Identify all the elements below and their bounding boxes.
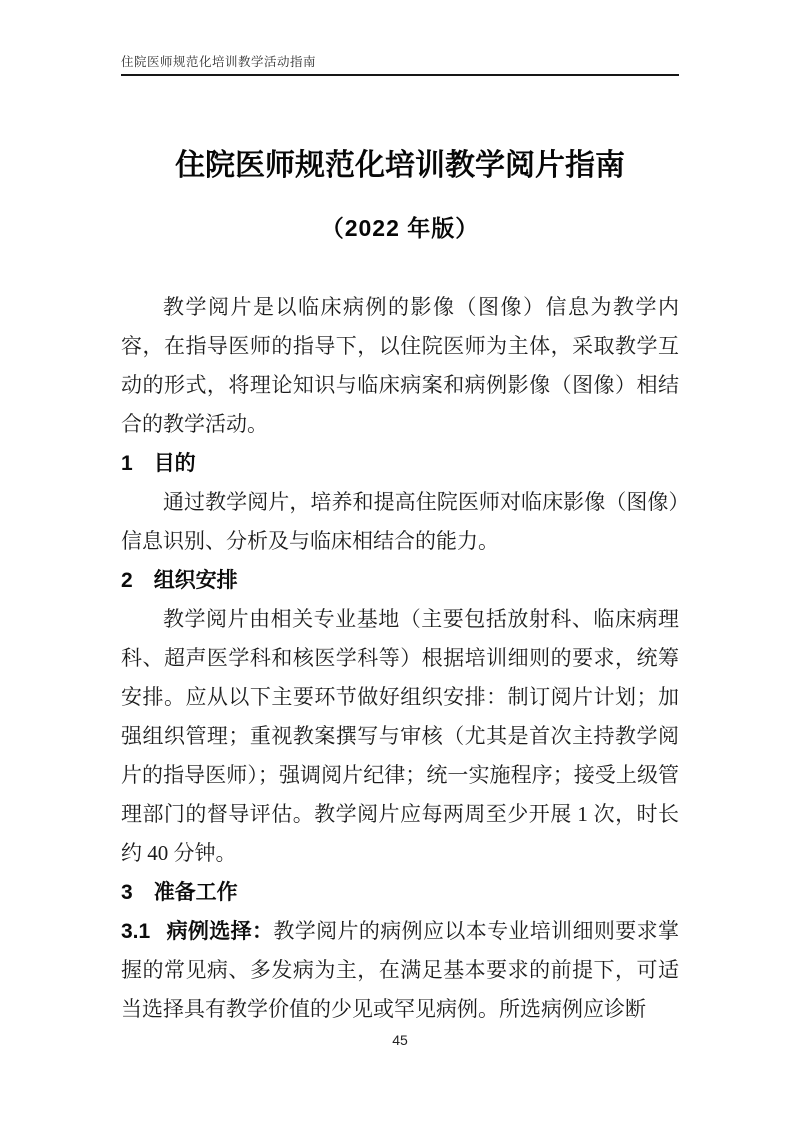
subsection-number: 3.1: [121, 912, 150, 951]
section-number: 2: [121, 561, 133, 600]
section-number: 1: [121, 444, 133, 483]
body-text: 教学阅片是以临床病例的影像（图像）信息为教学内容，在指导医师的指导下，以住院医师…: [121, 288, 679, 1029]
intro-paragraph: 教学阅片是以临床病例的影像（图像）信息为教学内容，在指导医师的指导下，以住院医师…: [121, 288, 679, 444]
section-heading-1: 1目的: [121, 444, 679, 483]
section-number: 3: [121, 873, 133, 912]
section-title: 准备工作: [154, 881, 238, 904]
subsection-3-1-paragraph: 3.1病例选择：教学阅片的病例应以本专业培训细则要求掌握的常见病、多发病为主，在…: [121, 912, 679, 1029]
section-heading-3: 3准备工作: [121, 873, 679, 912]
subsection-label: 病例选择：: [166, 919, 273, 943]
section-1-paragraph: 通过教学阅片，培养和提高住院医师对临床影像（图像）信息识别、分析及与临床相结合的…: [121, 483, 679, 561]
section-2-paragraph: 教学阅片由相关专业基地（主要包括放射科、临床病理科、超声医学科和核医学科等）根据…: [121, 600, 679, 873]
page-header: 住院医师规范化培训教学活动指南: [121, 0, 679, 76]
section-title: 目的: [154, 452, 196, 475]
page-number: 45: [0, 1031, 800, 1049]
section-title: 组织安排: [154, 569, 238, 592]
document-page: 住院医师规范化培训教学活动指南 住院医师规范化培训教学阅片指南 （2022 年版…: [0, 0, 800, 1131]
document-subtitle: （2022 年版）: [121, 212, 679, 244]
section-heading-2: 2组织安排: [121, 561, 679, 600]
document-content: 住院医师规范化培训教学阅片指南 （2022 年版） 教学阅片是以临床病例的影像（…: [121, 76, 679, 1029]
running-header-title: 住院医师规范化培训教学活动指南: [121, 54, 679, 76]
document-title: 住院医师规范化培训教学阅片指南: [121, 146, 679, 186]
